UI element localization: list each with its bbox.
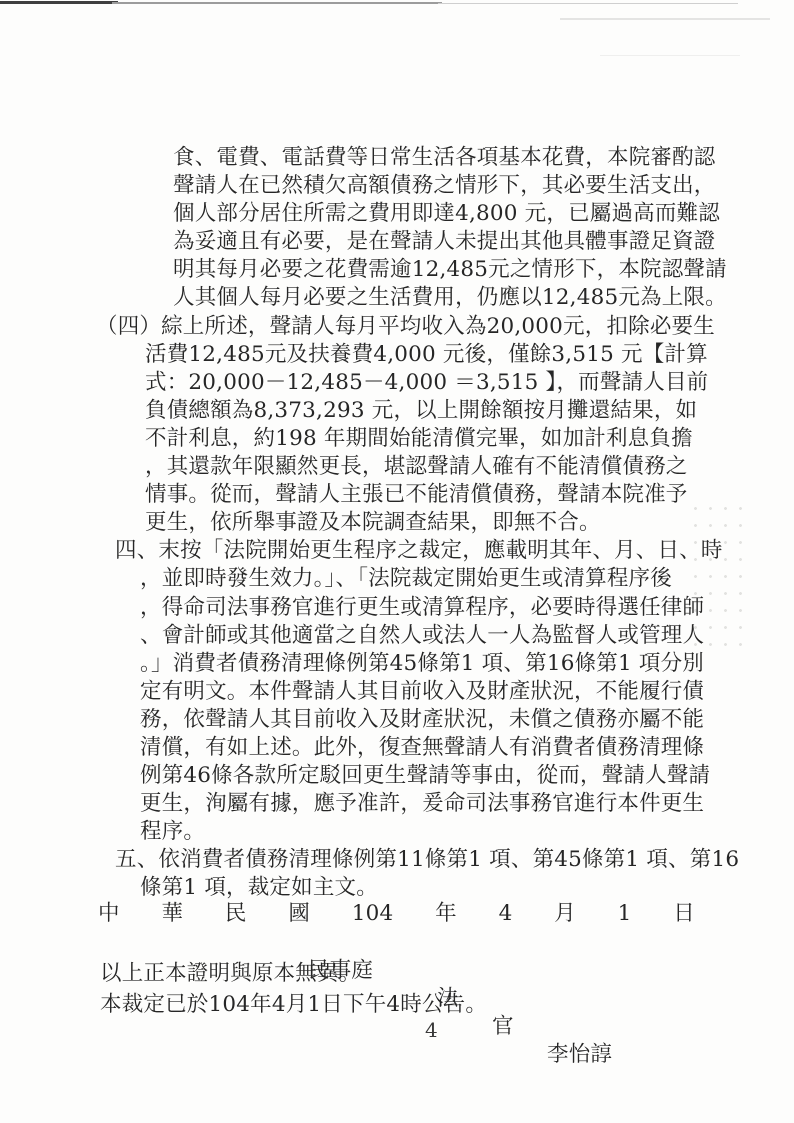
- certification-line: 以上正本證明與原本無異。: [100, 960, 794, 988]
- scan-artifact-line: [438, 3, 738, 4]
- text-line: 例第46條各款所定駁回更生聲請等事由，從而，聲請人聲請: [0, 762, 794, 790]
- text-line: 情事。從而，聲請人主張已不能清償債務，聲請本院准予: [0, 481, 794, 509]
- text-line: 務，依聲請人其目前收入及財產狀況，未償之債務亦屬不能: [0, 706, 794, 734]
- page-number: 4: [425, 1016, 794, 1044]
- text-line: 人其個人每月必要之生活費用，仍應以12,485元為上限。: [0, 284, 794, 312]
- date-segment: 國: [288, 900, 310, 928]
- scan-artifact-line: [0, 1, 118, 4]
- text-line: 更生，依所舉事證及本院調查結果，即無不合。: [0, 509, 794, 537]
- text-line: （四）綜上所述，聲請人每月平均收入為20,000元，扣除必要生: [0, 313, 794, 341]
- text-line: 定有明文。本件聲請人其目前收入及財產狀況，不能履行債: [0, 678, 794, 706]
- date-segment: 104: [352, 900, 394, 928]
- text-line: ，其還款年限顯然更長，堪認聲請人確有不能清償債務之: [0, 453, 794, 481]
- text-line: ，並即時發生效力。」、「法院裁定開始更生或清算程序後: [0, 565, 794, 593]
- judge-name: 李怡諄: [547, 1041, 612, 1069]
- subitem-si-conclusion: （四）綜上所述，聲請人每月平均收入為20,000元，扣除必要生活費12,485元…: [0, 313, 794, 538]
- text-line: 明其每月必要之花費需逾12,485元之情形下，本院認聲請: [0, 256, 794, 284]
- date-segment: 民: [225, 900, 247, 928]
- scanned-court-ruling-page: 食、電費、電話費等日常生活各項基本花費，本院審酌認聲請人在已然積欠高額債務之情形…: [0, 0, 794, 1123]
- scan-artifact-line: [112, 2, 442, 4]
- text-line: 不計利息，約198 年期間始能清償完畢，如加計利息負擔: [0, 425, 794, 453]
- date-segment: 中: [98, 900, 120, 928]
- scan-artifact-line: [560, 18, 770, 20]
- text-line: 程序。: [0, 818, 794, 846]
- text-line: 為妥適且有必要，是在聲請人未提出其他具體事證足資證: [0, 228, 794, 256]
- text-line: 清償，有如上述。此外，復查無聲請人有消費者債務清理條: [0, 734, 794, 762]
- text-line: ，得命司法事務官進行更生或清算程序，必要時得選任律師: [0, 594, 794, 622]
- date-line: 中 華 民 國 104 年 4 月 1 日: [98, 900, 695, 928]
- text-line: 負債總額為8,373,293 元，以上開餘額按月攤還結果，如: [0, 397, 794, 425]
- paragraph-continuation: 食、電費、電話費等日常生活各項基本花費，本院審酌認聲請人在已然積欠高額債務之情形…: [0, 144, 794, 313]
- text-line: 、會計師或其他適當之自然人或法人一人為監督人或管理人: [0, 622, 794, 650]
- date-segment: 月: [554, 900, 576, 928]
- text-line: 更生，洵屬有據，應予准許，爰命司法事務官進行本件更生: [0, 790, 794, 818]
- date-segment: 4: [499, 900, 513, 928]
- text-line: 個人部分居住所需之費用即達4,800 元，已屬過高而難認: [0, 200, 794, 228]
- text-line: 活費12,485元及扶養費4,000 元後，僅餘3,515 元【計算: [0, 341, 794, 369]
- text-line: 式：20,000－12,485－4,000 ＝3,515 】，而聲請人目前: [0, 369, 794, 397]
- date-segment: 日: [673, 900, 695, 928]
- date-segment: 年: [435, 900, 457, 928]
- text-line: 聲請人在已然積欠高額債務之情形下，其必要生活支出，: [0, 172, 794, 200]
- date-segment: 華: [161, 900, 183, 928]
- text-line: 條第1 項，裁定如主文。: [0, 874, 794, 902]
- text-line: 。」消費者債務清理條例第45條第1 項、第16條第1 項分別: [0, 650, 794, 678]
- section-four-legal-basis: 四、末按「法院開始更生程序之裁定，應載明其年、月、日、時，並即時發生效力。」、「…: [0, 537, 794, 846]
- scan-artifact-line: [600, 55, 740, 56]
- text-line: 食、電費、電話費等日常生活各項基本花費，本院審酌認: [0, 144, 794, 172]
- section-five-ruling-basis: 五、依消費者債務清理條例第11條第1 項、第45條第1 項、第16條第1 項，裁…: [0, 846, 794, 902]
- text-line: 四、末按「法院開始更生程序之裁定，應載明其年、月、日、時: [0, 537, 794, 565]
- text-line: 五、依消費者債務清理條例第11條第1 項、第45條第1 項、第16: [0, 846, 794, 874]
- date-segment: 1: [618, 900, 632, 928]
- announcement-line: 本裁定已於104年4月1日下午4時公告。: [100, 991, 794, 1019]
- document-body: 食、電費、電話費等日常生活各項基本花費，本院審酌認聲請人在已然積欠高額債務之情形…: [0, 144, 794, 903]
